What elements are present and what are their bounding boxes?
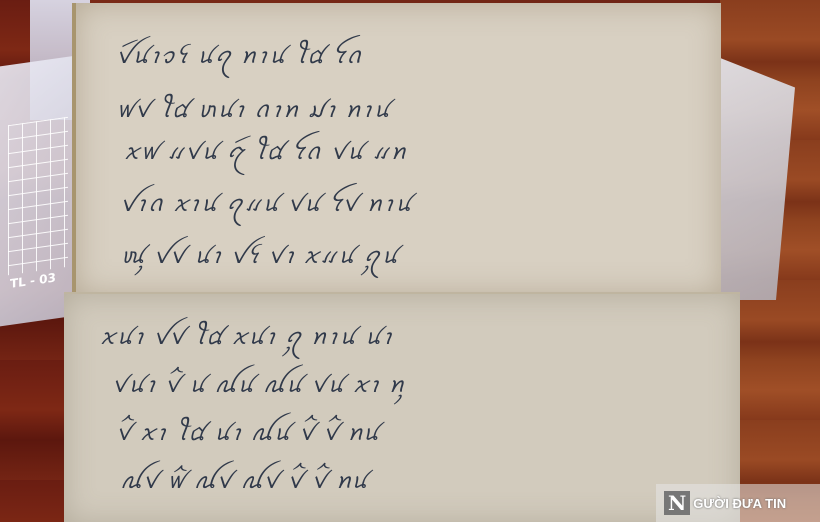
manuscript-photo: TL - 03 ꪜꪷꪙꪱꪫꪺ ꪙꪖ ꪀꪱꪙ ꪻꪠ ꪼꪒ ꪝꪚ ꪻꪠ ꪬꪙꪱ ꪒꪱ…	[0, 0, 820, 522]
manuscript-page-bottom: ꪎꪙꪱ ꪜꪚ ꪻꪠ ꪎꪙꪱ ꪖꪴ ꪀꪱꪙ ꪙꪱ ꪚꪙꪱ ꪚꪲ ꪙ ꪏꪙ ꪏꪙ ꪚ…	[64, 292, 740, 522]
sleeve-grid	[8, 117, 68, 275]
manuscript-line: ꪝꪚ ꪻꪠ ꪬꪙꪱ ꪒꪱꪀ ꪣꪱ ꪀꪱꪙ	[116, 89, 391, 135]
watermark-logo: N	[664, 491, 690, 515]
manuscript-line: ꪜꪷꪙꪱꪫꪺ ꪙꪖ ꪀꪱꪙ ꪻꪠ ꪼꪒ	[116, 35, 363, 81]
watermark-text: GƯỜI ĐƯA TIN	[693, 496, 786, 511]
manuscript-line: ꪘꪴ ꪜꪚ ꪙꪱ ꪜꪺ ꪚꪱ ꪎꪵꪙ ꪖꪴꪙ	[120, 235, 399, 281]
manuscript-line: ꪜꪱꪒ ꪎꪱꪙ ꪖꪵꪙ ꪚꪙ ꪼꪚ ꪀꪱꪙ	[120, 183, 412, 229]
watermark-nguoi-dua-tin: N GƯỜI ĐƯA TIN	[656, 484, 820, 522]
manuscript-line: ꪚꪙꪱ ꪚꪲ ꪙ ꪏꪙ ꪏꪙ ꪚꪙ ꪎꪱ ꪀꪴ	[112, 364, 405, 410]
manuscript-line: ꪎꪙꪱ ꪜꪚ ꪻꪠ ꪎꪙꪱ ꪖꪴ ꪀꪱꪙ ꪙꪱ	[100, 316, 393, 362]
manuscript-line: ꪎꪝ ꪵꪚꪙ ꪋꪷ ꪻꪠ ꪼꪒ ꪚꪙ ꪵꪀ	[124, 131, 407, 177]
manuscript-line: ꪏꪚ ꪝꪲ ꪏꪚ ꪏꪚ ꪚꪲ ꪚꪲ ꪀꪙ	[120, 460, 369, 506]
manuscript-line: ꪚꪲ ꪎꪱ ꪻꪠ ꪙꪱ ꪏꪙ ꪚꪲ ꪚꪲ ꪀꪙ	[116, 412, 380, 458]
manuscript-page-top: ꪜꪷꪙꪱꪫꪺ ꪙꪖ ꪀꪱꪙ ꪻꪠ ꪼꪒ ꪝꪚ ꪻꪠ ꪬꪙꪱ ꪒꪱꪀ ꪣꪱ ꪀꪱꪙ…	[72, 3, 721, 295]
